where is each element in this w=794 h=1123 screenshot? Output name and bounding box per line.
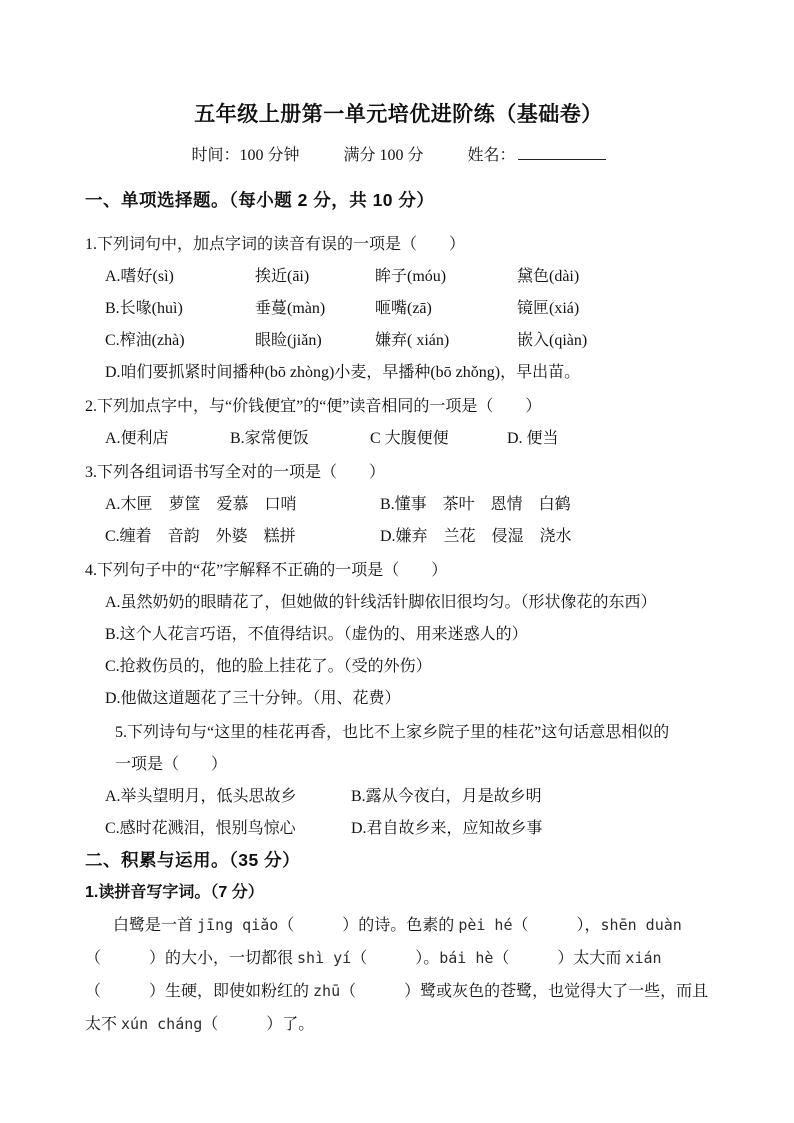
- q4-option-a: A.虽然奶奶的眼睛花了，但她做的针线活针脚依旧很均匀。（形状像花的东西）: [85, 587, 712, 619]
- worksheet-page: 五年级上册第一单元培优进阶练（基础卷） 时间：100 分钟满分 100 分姓名：…: [0, 0, 794, 1041]
- q5-option-row-ab: A.举头望明月，低头思故乡 B.露从今夜白，月是故乡明: [85, 781, 712, 813]
- paragraph-line: 太不 xún cháng（ ）了。: [85, 1008, 712, 1041]
- q2-option-d: D. 便当: [507, 423, 712, 455]
- q1-word: 垂蔓(màn): [255, 293, 375, 325]
- q3-option-c: C.缠着 音韵 外婆 糕拼: [105, 521, 380, 553]
- q5-option-c: C.感时花溅泪，恨别鸟惊心: [105, 813, 351, 845]
- q1-option-row-c: C.榨油(zhà) 眼睑(jiǎn) 嫌弃( xián) 嵌入(qiàn): [85, 325, 712, 357]
- q3-option-d: D.嫌弃 兰花 侵湿 浇水: [380, 521, 712, 553]
- q5-option-d: D.君自故乡来，应知故乡事: [351, 813, 712, 845]
- q3-option-row-cd: C.缠着 音韵 外婆 糕拼 D.嫌弃 兰花 侵湿 浇水: [85, 521, 712, 553]
- q1-option-row-b: B.长喙(huì) 垂蔓(màn) 咂嘴(zā) 镜匣(xiá): [85, 293, 712, 325]
- q1-option-d: D.咱们要抓紧时间播种(bō zhòng)小麦，早播种(bō zhǒng)，早出…: [85, 357, 712, 389]
- name-label: 姓名：: [468, 147, 516, 164]
- exam-info-line: 时间：100 分钟满分 100 分姓名：: [85, 145, 712, 167]
- q1-word: 挨近(āi): [255, 261, 375, 293]
- name-blank-line: [518, 145, 606, 160]
- exam-score-label: 满分 100 分: [343, 147, 423, 164]
- q5-stem-line1: 5.下列诗句与“这里的桂花再香，也比不上家乡院子里的桂花”这句话意思相似的: [85, 717, 712, 749]
- q5-option-row-cd: C.感时花溅泪，恨别鸟惊心 D.君自故乡来，应知故乡事: [85, 813, 712, 845]
- q1-word: 黛色(dài): [517, 261, 712, 293]
- q1-word: 眼睑(jiǎn): [255, 325, 375, 357]
- q1-word: 嫌弃( xián): [375, 325, 517, 357]
- q1-word: 嵌入(qiàn): [517, 325, 712, 357]
- section-2-sub1-heading: 1.读拼音写字词。（7 分）: [85, 877, 712, 909]
- q5-stem-line2: 一项是（ ）: [85, 749, 712, 781]
- q1-word: 咂嘴(zā): [375, 293, 517, 325]
- q1-option-a: A.嗜好(sì): [105, 261, 255, 293]
- q3-option-b: B.懂事 茶叶 恩情 白鹤: [380, 489, 712, 521]
- paragraph-line: 白鹭是一首 jīng qiǎo（ ）的诗。色素的 pèi hé（ ），shēn …: [85, 909, 712, 942]
- q5-option-b: B.露从今夜白，月是故乡明: [351, 781, 712, 813]
- q1-word: 眸子(móu): [375, 261, 517, 293]
- q2-option-c: C 大腹便便: [370, 423, 507, 455]
- page-title: 五年级上册第一单元培优进阶练（基础卷）: [85, 101, 712, 129]
- q3-stem: 3.下列各组词语书写全对的一项是（ ）: [85, 457, 712, 489]
- section-1-heading: 一、单项选择题。（每小题 2 分，共 10 分）: [85, 187, 712, 213]
- q2-option-row: A.便利店 B.家常便饭 C 大腹便便 D. 便当: [85, 423, 712, 455]
- paragraph-line: （ ）的大小，一切都很 shì yí（ ）。bái hè（ ）太大而 xián: [85, 942, 712, 975]
- q4-option-b: B.这个人花言巧语，不值得结识。（虚伪的、用来迷惑人的）: [85, 619, 712, 651]
- paragraph-line: （ ）生硬，即使如粉红的 zhū（ ）鹭或灰色的苍鹭，也觉得大了一些，而且: [85, 975, 712, 1008]
- q2-option-a: A.便利店: [105, 423, 230, 455]
- section-2-heading: 二、积累与运用。（35 分）: [85, 847, 712, 873]
- q5-option-a: A.举头望明月，低头思故乡: [105, 781, 351, 813]
- q1-word: 镜匣(xiá): [517, 293, 712, 325]
- q2-stem: 2.下列加点字中，与“价钱便宜”的“便”读音相同的一项是（ ）: [85, 391, 712, 423]
- q1-option-b: B.长喙(huì): [105, 293, 255, 325]
- q3-option-row-ab: A.木匣 萝筐 爱慕 口哨 B.懂事 茶叶 恩情 白鹤: [85, 489, 712, 521]
- q4-option-d: D.他做这道题花了三十分钟。（用、花费）: [85, 683, 712, 715]
- q4-stem: 4.下列句子中的“花”字解释不正确的一项是（ ）: [85, 555, 712, 587]
- q3-option-a: A.木匣 萝筐 爱慕 口哨: [105, 489, 380, 521]
- pinyin-fill-in-paragraph: 白鹭是一首 jīng qiǎo（ ）的诗。色素的 pèi hé（ ），shēn …: [85, 909, 712, 1041]
- exam-time-label: 时间：100 分钟: [191, 147, 299, 164]
- q1-stem: 1.下列词句中，加点字词的读音有误的一项是（ ）: [85, 229, 712, 261]
- q4-option-c: C.抢救伤员的，他的脸上挂花了。（受的外伤）: [85, 651, 712, 683]
- q1-option-c: C.榨油(zhà): [105, 325, 255, 357]
- q2-option-b: B.家常便饭: [230, 423, 370, 455]
- q1-option-row-a: A.嗜好(sì) 挨近(āi) 眸子(móu) 黛色(dài): [85, 261, 712, 293]
